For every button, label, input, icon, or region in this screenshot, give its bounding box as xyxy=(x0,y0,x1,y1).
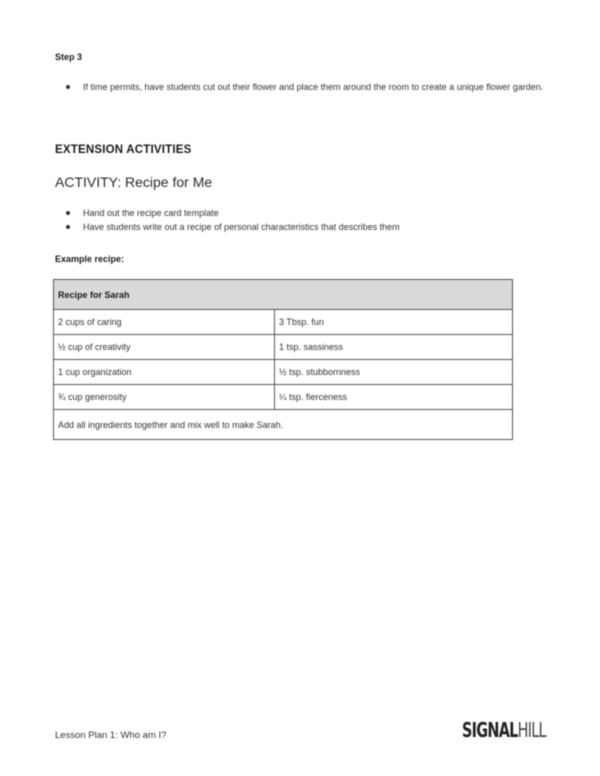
table-row: ½ cup of creativity 1 tsp. sassiness xyxy=(54,335,513,360)
table-row: 1 cup organization ½ tsp. stubbornness xyxy=(54,360,513,385)
table-cell: 1 cup organization xyxy=(54,360,275,385)
table-cell: 1 tsp. sassiness xyxy=(275,335,513,360)
list-item: If time permits, have students cut out t… xyxy=(55,80,545,94)
example-recipe-label: Example recipe: xyxy=(55,254,124,264)
lesson-plan-footer: Lesson Plan 1: Who am I? xyxy=(55,730,166,741)
signal-hill-logo: SIGNALHILL xyxy=(462,718,546,742)
step-3-label: Step 3 xyxy=(55,52,82,62)
list-item: Have students write out a recipe of pers… xyxy=(55,220,545,234)
table-footer-cell: Add all ingredients together and mix wel… xyxy=(54,410,513,440)
table-cell: ¼ tsp. fierceness xyxy=(275,385,513,410)
activity-title: ACTIVITY: Recipe for Me xyxy=(55,174,212,190)
logo-signal-text: SIGNAL xyxy=(462,718,518,742)
table-header-cell: Recipe for Sarah xyxy=(54,280,513,310)
document-page: Step 3 If time permits, have students cu… xyxy=(0,0,600,776)
table-footer-row: Add all ingredients together and mix wel… xyxy=(54,410,513,440)
table-cell: 2 cups of caring xyxy=(54,310,275,335)
table-cell: ¾ cup generosity xyxy=(54,385,275,410)
activity-instructions-list: Hand out the recipe card template Have s… xyxy=(55,206,545,234)
step-3-list: If time permits, have students cut out t… xyxy=(55,80,545,94)
table-cell: ½ tsp. stubbornness xyxy=(275,360,513,385)
table-row: ¾ cup generosity ¼ tsp. fierceness xyxy=(54,385,513,410)
table-cell: ½ cup of creativity xyxy=(54,335,275,360)
list-item: Hand out the recipe card template xyxy=(55,206,545,220)
extension-activities-heading: EXTENSION ACTIVITIES xyxy=(55,144,191,156)
table-cell: 3 Tbsp. fun xyxy=(275,310,513,335)
table-row: 2 cups of caring 3 Tbsp. fun xyxy=(54,310,513,335)
recipe-table: Recipe for Sarah 2 cups of caring 3 Tbsp… xyxy=(53,279,513,440)
logo-hill-text: HILL xyxy=(518,718,546,742)
table-header-row: Recipe for Sarah xyxy=(54,280,513,310)
